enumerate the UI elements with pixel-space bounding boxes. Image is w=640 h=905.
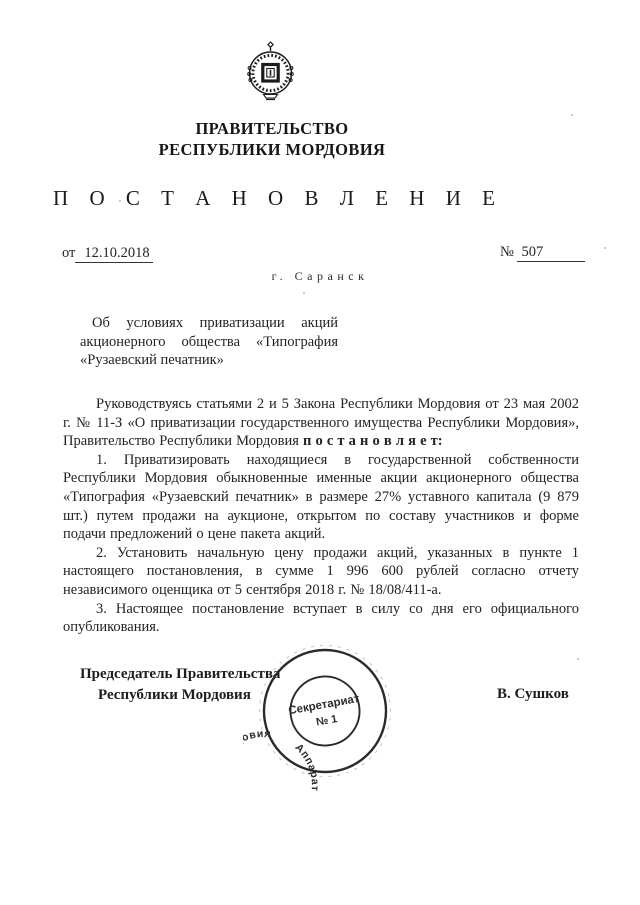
subject-line: «Рузаевский печатник» xyxy=(80,351,338,370)
preamble-paragraph: Руководствуясь статьями 2 и 5 Закона Рес… xyxy=(63,395,579,451)
stamp-center-line1: Секретариат xyxy=(288,693,361,717)
document-page: ПРАВИТЕЛЬСТВО РЕСПУБЛИКИ МОРДОВИЯ П О С … xyxy=(0,0,640,905)
number-line: № 507 xyxy=(500,244,585,262)
stamp-ring-text: Аппарат Правительства Республики Мордови… xyxy=(243,719,330,793)
org-name-line2: РЕСПУБЛИКИ МОРДОВИЯ xyxy=(0,139,544,160)
date-prefix: от xyxy=(62,245,75,261)
org-name-line1: ПРАВИТЕЛЬСТВО xyxy=(0,118,544,139)
subject-block: Об условиях приватизации акций акционерн… xyxy=(80,314,338,370)
scan-noise-dot xyxy=(577,658,579,660)
number-label: № xyxy=(500,244,514,260)
document-type-title: П О С Т А Н О В Л Е Н И Е xyxy=(0,186,556,211)
scan-noise-dot xyxy=(571,114,573,116)
scan-noise-dot xyxy=(119,200,121,202)
date-value: 12.10.2018 xyxy=(75,246,152,263)
number-value: 507 xyxy=(517,245,585,262)
date-line: от12.10.2018 xyxy=(62,245,153,263)
stamp-center-line2: № 1 xyxy=(315,713,338,729)
org-name: ПРАВИТЕЛЬСТВО РЕСПУБЛИКИ МОРДОВИЯ xyxy=(0,118,544,160)
scan-noise-dot xyxy=(240,145,242,147)
mordovia-coat-of-arms-icon xyxy=(247,41,294,104)
body-item-2: 2. Установить начальную цену продажи акц… xyxy=(63,544,579,600)
body-item-1: 1. Приватизировать находящиеся в государ… xyxy=(63,451,579,544)
scan-noise-dot xyxy=(303,292,305,294)
subject-line: Об условиях приватизации акций xyxy=(80,314,338,333)
decree-word: п о с т а н о в л я е т: xyxy=(303,433,443,449)
signature-name: В. Сушков xyxy=(497,686,569,703)
scan-noise-dot xyxy=(604,247,606,249)
body-text: Руководствуясь статьями 2 и 5 Закона Рес… xyxy=(63,395,579,637)
subject-line: акционерного общества «Типография xyxy=(80,333,338,352)
official-stamp: Аппарат Правительства Республики Мордови… xyxy=(243,629,407,793)
city-label: г. Саранск xyxy=(0,269,640,284)
